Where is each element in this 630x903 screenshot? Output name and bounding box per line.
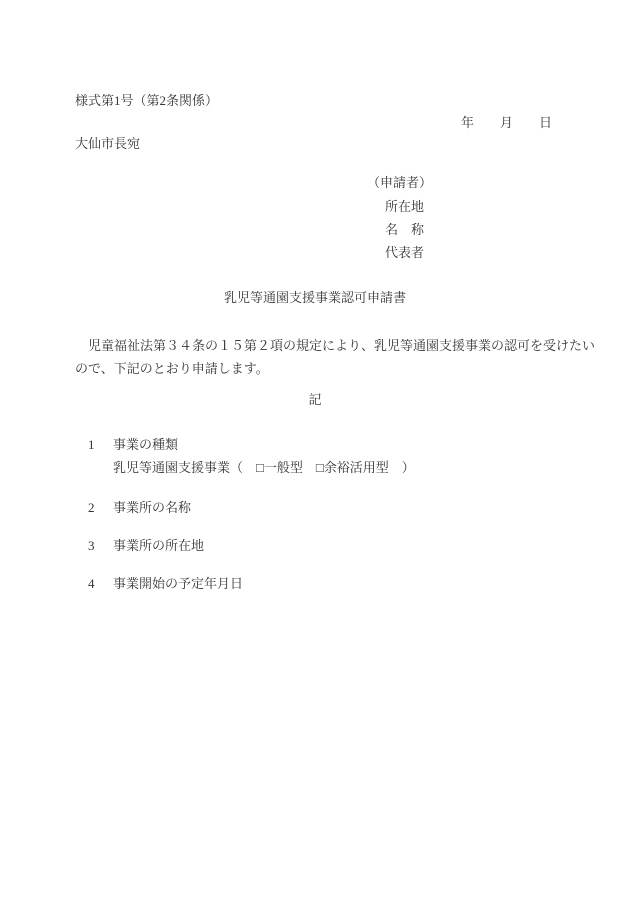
item-1-label: 事業の種類 — [113, 437, 178, 452]
applicant-field-address: 所在地 — [385, 199, 424, 214]
item-4-label: 事業開始の予定年月日 — [113, 576, 243, 591]
applicant-label: （申請者） — [367, 175, 432, 190]
list-item-4: 4事業開始の予定年月日 — [88, 576, 243, 591]
document-page: 様式第1号（第2条関係） 年 月 日 大仙市長宛 （申請者） 所在地 名 称 代… — [0, 0, 630, 903]
item-1-number: 1 — [88, 437, 113, 452]
checkbox-general-label: 一般型 — [264, 460, 303, 475]
service-name: 乳児等通園支援事業 — [113, 460, 230, 475]
record-mark: 記 — [0, 392, 630, 407]
item-3-label: 事業所の所在地 — [113, 538, 204, 553]
item-3-number: 3 — [88, 538, 113, 553]
date-line: 年 月 日 — [461, 115, 552, 130]
item-4-number: 4 — [88, 576, 113, 591]
checkbox-general-icon: □ — [256, 460, 264, 475]
list-item-2: 2事業所の名称 — [88, 500, 191, 515]
form-number: 様式第1号（第2条関係） — [75, 93, 218, 108]
addressee: 大仙市長宛 — [75, 136, 140, 151]
close-paren: ） — [402, 460, 415, 475]
document-title: 乳児等通園支援事業認可申請書 — [0, 290, 630, 305]
applicant-field-representative: 代表者 — [385, 245, 424, 260]
open-paren: （ — [230, 460, 243, 475]
item-2-number: 2 — [88, 500, 113, 515]
item-2-label: 事業所の名称 — [113, 500, 191, 515]
list-item-3: 3事業所の所在地 — [88, 538, 204, 553]
business-type-detail: 乳児等通園支援事業（□一般型□余裕活用型） — [113, 460, 415, 475]
checkbox-surplus-icon: □ — [316, 460, 324, 475]
body-line-2: ので、下記のとおり申請します。 — [75, 357, 595, 380]
body-line-1: 児童福祉法第３４条の１５第２項の規定により、乳児等通園支援事業の認可を受けたい — [75, 334, 595, 357]
body-paragraph: 児童福祉法第３４条の１５第２項の規定により、乳児等通園支援事業の認可を受けたい … — [75, 334, 595, 380]
list-item-1: 1事業の種類 — [88, 437, 178, 452]
checkbox-surplus-label: 余裕活用型 — [324, 460, 389, 475]
applicant-field-name: 名 称 — [385, 222, 424, 237]
